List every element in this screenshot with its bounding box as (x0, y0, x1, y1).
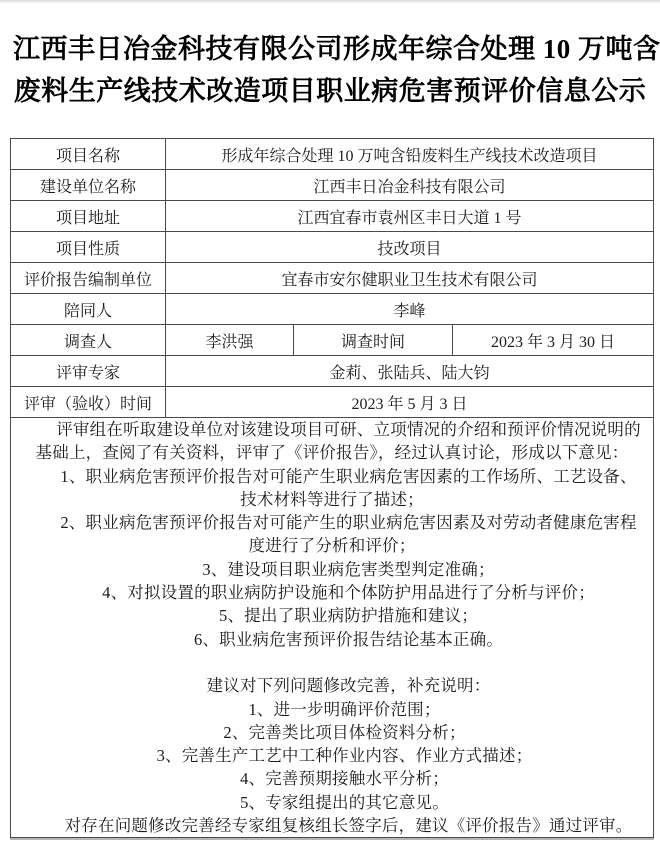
opinion-line: 建议对下列问题修改完善，补充说明： (15, 674, 649, 697)
review-time-label: 评审（验收）时间 (11, 387, 166, 418)
table-row-project-nature: 项目性质 技改项目 (11, 232, 654, 263)
report-compiler-value: 宜春市安尔健职业卫生技术有限公司 (166, 263, 654, 294)
opinion-blank-line (15, 651, 649, 674)
opinion-line: 技术材料等进行了描述； (15, 488, 649, 511)
opinion-line: 5、提出了职业病防护措施和建议； (15, 604, 649, 627)
opinion-line: 评审组在听取建设单位对该建设项目可研、立项情况的介绍和预评价情况说明的 (15, 418, 649, 441)
project-name-value: 形成年综合处理 10 万吨含铅废料生产线技术改造项目 (166, 139, 654, 170)
opinion-line: 对存在问题修改完善经专家组复核组长签字后，建议《评价报告》通过评审。 (15, 814, 649, 837)
opinion-line: 度进行了分析和评价； (15, 534, 649, 557)
document-title: 江西丰日冶金科技有限公司形成年综合处理 10 万吨含铅 废料生产线技术改造项目职… (13, 28, 647, 112)
review-time-value: 2023 年 5 月 3 日 (166, 387, 654, 418)
opinion-line: 2、完善类比项目体检资料分析； (15, 721, 649, 744)
report-compiler-label: 评价报告编制单位 (11, 263, 166, 294)
document-title-line-1: 江西丰日冶金科技有限公司形成年综合处理 10 万吨含铅 (13, 28, 647, 70)
accompanying-person-value: 李峰 (166, 294, 654, 325)
table-row-project-name: 项目名称 形成年综合处理 10 万吨含铅废料生产线技术改造项目 (11, 139, 654, 170)
project-nature-value: 技改项目 (166, 232, 654, 263)
review-experts-label: 评审专家 (11, 356, 166, 387)
opinion-line: 5、专家组提出的其它意见。 (15, 791, 649, 814)
table-row-investigator: 调查人 李洪强 调查时间 2023 年 3 月 30 日 (11, 325, 654, 356)
opinion-line: 2、职业病危害预评价报告对可能产生的职业病危害因素及对劳动者健康危害程 (15, 511, 649, 534)
opinion-line: 4、对拟设置的职业病防护设施和个体防护用品进行了分析与评价； (15, 581, 649, 604)
opinion-line: 1、进一步明确评价范围； (15, 698, 649, 721)
table-row-report-compiler: 评价报告编制单位 宜春市安尔健职业卫生技术有限公司 (11, 263, 654, 294)
project-address-label: 项目地址 (11, 201, 166, 232)
opinion-line: 3、完善生产工艺中工种作业内容、作业方式描述； (15, 744, 649, 767)
table-row-review-opinion: 评审组在听取建设单位对该建设项目可研、立项情况的介绍和预评价情况说明的 基础上，… (11, 418, 654, 838)
opinion-line: 1、职业病危害预评价报告对可能产生职业病危害因素的工作场所、工艺设备、 (15, 465, 649, 488)
table-row-review-time: 评审（验收）时间 2023 年 5 月 3 日 (11, 387, 654, 418)
table-row-construction-unit: 建设单位名称 江西丰日冶金科技有限公司 (11, 170, 654, 201)
investigator-name: 李洪强 (166, 325, 294, 356)
info-table: 项目名称 形成年综合处理 10 万吨含铅废料生产线技术改造项目 建设单位名称 江… (10, 138, 654, 838)
table-row-project-address: 项目地址 江西宜春市袁州区丰日大道 1 号 (11, 201, 654, 232)
opinion-line: 4、完善预期接触水平分析； (15, 767, 649, 790)
construction-unit-label: 建设单位名称 (11, 170, 166, 201)
scan-edge-artifact (0, 0, 660, 3)
accompanying-person-label: 陪同人 (11, 294, 166, 325)
opinion-line: 基础上，查阅了有关资料，评审了《评价报告》，经过认真讨论，形成以下意见： (15, 441, 649, 464)
review-experts-value: 金莉、张陆兵、陆大钧 (166, 356, 654, 387)
project-name-label: 项目名称 (11, 139, 166, 170)
table-row-accompanying-person: 陪同人 李峰 (11, 294, 654, 325)
investigator-label: 调查人 (11, 325, 166, 356)
table-row-review-experts: 评审专家 金莉、张陆兵、陆大钧 (11, 356, 654, 387)
document-title-line-2: 废料生产线技术改造项目职业病危害预评价信息公示 (13, 70, 647, 112)
opinion-line: 3、建设项目职业病危害类型判定准确； (15, 558, 649, 581)
construction-unit-value: 江西丰日冶金科技有限公司 (166, 170, 654, 201)
document-page: 江西丰日冶金科技有限公司形成年综合处理 10 万吨含铅 废料生产线技术改造项目职… (0, 28, 660, 838)
project-nature-label: 项目性质 (11, 232, 166, 263)
review-opinion-cell: 评审组在听取建设单位对该建设项目可研、立项情况的介绍和预评价情况说明的 基础上，… (11, 418, 654, 838)
opinion-line: 6、职业病危害预评价报告结论基本正确。 (15, 628, 649, 651)
investigation-time-label: 调查时间 (294, 325, 453, 356)
project-address-value: 江西宜春市袁州区丰日大道 1 号 (166, 201, 654, 232)
investigation-time-value: 2023 年 3 月 30 日 (453, 325, 654, 356)
